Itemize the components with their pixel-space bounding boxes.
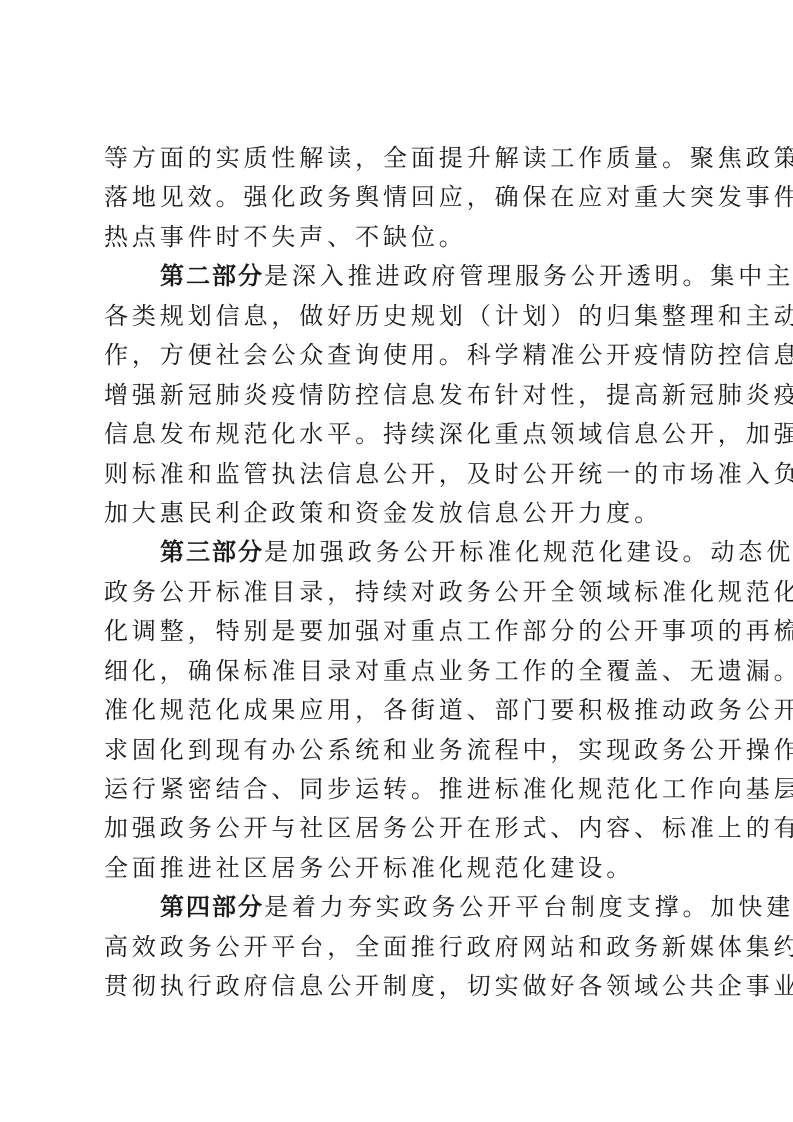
text-line: 则标准和监管执法信息公开，及时公开统一的市场准入负面清单，: [104, 455, 692, 494]
paragraph-part-two: 第二部分是深入推进政府管理服务公开透明。集中主动公开 各类规划信息，做好历史规划…: [104, 257, 694, 533]
paragraph-part-three: 第三部分是加强政务公开标准化规范化建设。动态优化更新 政务公开标准目录，持续对政…: [104, 533, 694, 888]
section-heading: 第四部分: [160, 893, 264, 921]
text-line: 第二部分是深入推进政府管理服务公开透明。集中主动公开: [104, 257, 692, 296]
text-line: 全面推进社区居务公开标准化规范化建设。: [104, 849, 692, 888]
text-line: 贯彻执行政府信息公开制度，切实做好各领域公共企事业单位信: [104, 967, 692, 1006]
paragraph-part-four: 第四部分是着力夯实政务公开平台制度支撑。加快建设集约 高效政务公开平台，全面推行…: [104, 888, 694, 1006]
text-line: 各类规划信息，做好历史规划（计划）的归集整理和主动公开工: [104, 297, 692, 336]
text-line: 高效政务公开平台，全面推行政府网站和政务新媒体集约化建设。: [104, 928, 692, 967]
text-line: 化调整，特别是要加强对重点工作部分的公开事项的再梳理和再: [104, 612, 692, 651]
section-heading: 第三部分: [160, 538, 264, 566]
section-heading: 第二部分: [160, 262, 264, 290]
text-span: 是深入推进政府管理服务公开透明。集中主动公开: [264, 262, 793, 290]
text-span: 是着力夯实政务公开平台制度支撑。加快建设集约: [264, 893, 793, 921]
paragraph-continuation: 等方面的实质性解读，全面提升解读工作质量。聚焦政策关切和 落地见效。强化政务舆情…: [104, 139, 694, 257]
document-page: 等方面的实质性解读，全面提升解读工作质量。聚焦政策关切和 落地见效。强化政务舆情…: [104, 139, 694, 1007]
text-line: 热点事件时不失声、不缺位。: [104, 218, 692, 257]
text-line: 落地见效。强化政务舆情回应，确保在应对重大突发事件及社会: [104, 178, 692, 217]
text-line: 第三部分是加强政务公开标准化规范化建设。动态优化更新: [104, 533, 692, 572]
text-line: 加大惠民利企政策和资金发放信息公开力度。: [104, 494, 692, 533]
text-line: 等方面的实质性解读，全面提升解读工作质量。聚焦政策关切和: [104, 139, 692, 178]
text-line: 第四部分是着力夯实政务公开平台制度支撑。加快建设集约: [104, 888, 692, 927]
text-line: 作，方便社会公众查询使用。科学精准公开疫情防控信息，不断: [104, 336, 692, 375]
text-span: 是加强政务公开标准化规范化建设。动态优化更新: [264, 538, 793, 566]
text-line: 求固化到现有办公系统和业务流程中，实现政务公开操作与政务: [104, 731, 692, 770]
text-line: 准化规范化成果应用，各街道、部门要积极推动政务公开工作要: [104, 691, 692, 730]
text-line: 运行紧密结合、同步运转。推进标准化规范化工作向基层延伸，: [104, 770, 692, 809]
text-line: 信息发布规范化水平。持续深化重点领域信息公开，加强市场规: [104, 415, 692, 454]
text-line: 增强新冠肺炎疫情防控信息发布针对性，提高新冠肺炎疫情防控: [104, 376, 692, 415]
text-line: 政务公开标准目录，持续对政务公开全领域标准化规范化目录优: [104, 573, 692, 612]
text-line: 细化，确保标准目录对重点业务工作的全覆盖、无遗漏。强化标: [104, 652, 692, 691]
text-line: 加强政务公开与社区居务公开在形式、内容、标准上的有效衔接，: [104, 809, 692, 848]
